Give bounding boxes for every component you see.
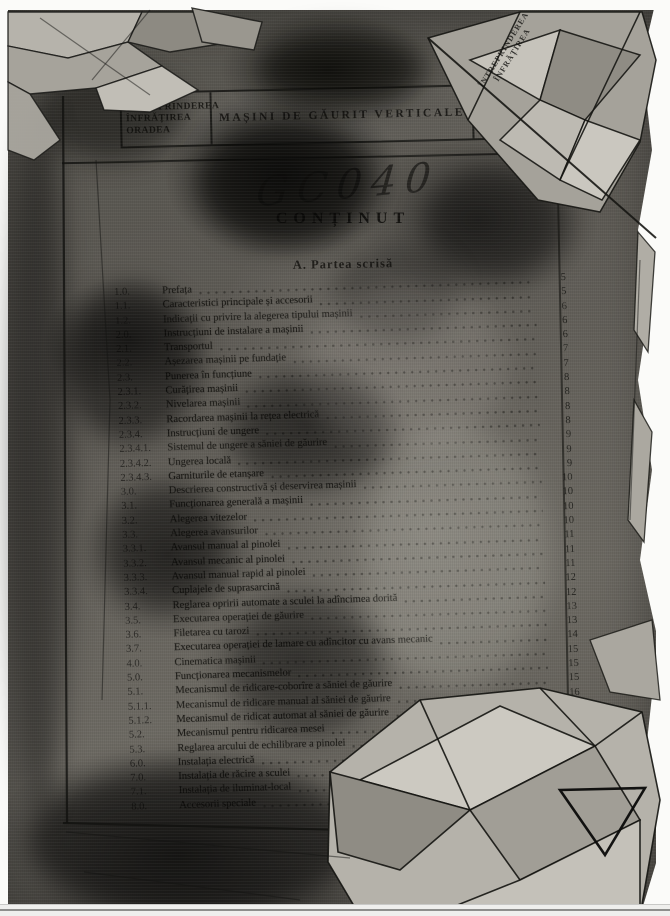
- scanner-edge-strip: [0, 904, 670, 916]
- toc-row-number: 2.3.1.: [117, 384, 165, 400]
- toc-row-number: 5.1.2.: [128, 713, 176, 729]
- toc-row-page: 8: [545, 371, 569, 386]
- toc-row-number: 2.3.4.1.: [119, 442, 167, 458]
- toc-row-number: 6.0.: [130, 756, 178, 772]
- toc-row-number: 3.3.2.: [123, 556, 171, 572]
- toc-row-page: 11: [550, 528, 574, 543]
- toc-row-number: 2.3.4.2.: [120, 456, 168, 472]
- toc-row-page: 8: [546, 385, 570, 400]
- toc-row-number: 2.3.4.3.: [120, 470, 168, 486]
- toc-row-number: 3.3.1.: [123, 542, 171, 558]
- toc-row-page: 9: [547, 428, 571, 443]
- toc-row-page: 12: [552, 571, 576, 586]
- toc-row-page: 13: [553, 614, 577, 629]
- toc-row-number: 3.3.3.: [123, 570, 171, 586]
- toc-row-title: Prefața: [162, 283, 192, 298]
- toc-row-number: 2.3.3.: [118, 413, 166, 429]
- toc-list: 1.0. Prefața 5 1.1. Caracteristici princ…: [114, 271, 583, 815]
- toc-row-number: 4.0.: [126, 656, 174, 672]
- toc-row-page: [559, 780, 583, 781]
- page-content: ÎNTREPRINDEREA ÎNFRĂȚIREA ORADEA MAȘINI …: [8, 10, 656, 906]
- toc-row-page: 13: [553, 600, 577, 615]
- toc-row-page: 10: [550, 514, 574, 529]
- section-heading: A. Partea scrisă: [208, 255, 478, 275]
- company-name-cell: ÎNTREPRINDEREA ÎNFRĂȚIREA ORADEA: [121, 92, 212, 146]
- toc-row-number: 2.0.: [115, 327, 163, 343]
- toc-row-page: 15: [555, 657, 579, 672]
- toc-row-page: 12: [552, 585, 576, 600]
- toc-row-number: 1.1.: [114, 299, 162, 315]
- toc-row-number: 3.4.: [124, 599, 172, 615]
- toc-row-page: 5: [542, 285, 566, 300]
- toc-row-page: [557, 723, 581, 724]
- toc-row-number: 2.2.: [116, 356, 164, 372]
- toc-row-page: [559, 794, 583, 795]
- toc-row-page: 15: [554, 643, 578, 658]
- toc-row-number: 8.0.: [131, 799, 179, 815]
- toc-row-number: 3.0.: [121, 484, 169, 500]
- toc-row-title: Cinematica mașinii: [174, 653, 256, 670]
- toc-row-page: 7: [545, 357, 569, 372]
- toc-row-number: 5.1.1.: [128, 699, 176, 715]
- dot-leader: [263, 795, 552, 809]
- toc-row-page: 6: [543, 314, 567, 329]
- scanned-document: ÎNTREPRINDEREA ÎNFRĂȚIREA ORADEA MAȘINI …: [0, 0, 670, 916]
- toc-row-title: Accesorii speciale: [179, 796, 256, 813]
- toc-row-title: Ungerea locală: [168, 454, 232, 470]
- toc-row-page: 7: [544, 342, 568, 357]
- toc-row-number: 3.7.: [126, 642, 174, 658]
- toc-row-number: 5.1.: [127, 685, 175, 701]
- toc-row-page: 15: [555, 671, 579, 686]
- toc-row-page: 18: [556, 700, 580, 715]
- toc-row-page: [557, 737, 581, 738]
- toc-row-title: Filetarea cu tarozi: [173, 625, 249, 642]
- toc-row-page: 5: [542, 271, 566, 286]
- toc-row-number: 3.6.: [125, 627, 173, 643]
- toc-row-number: 7.1.: [131, 785, 179, 801]
- toc-row-number: 5.2.: [129, 727, 177, 743]
- toc-row-page: 16: [556, 685, 580, 700]
- toc-row-page: 10: [549, 500, 573, 515]
- toc-row-page: 10: [548, 471, 572, 486]
- toc-row-number: 3.1.: [121, 499, 169, 515]
- toc-row-number: 7.0.: [130, 770, 178, 786]
- toc-row-page: 8: [546, 400, 570, 415]
- toc-row-page: 11: [551, 543, 575, 558]
- header-table: ÎNTREPRINDEREA ÎNFRĂȚIREA ORADEA MAȘINI …: [119, 84, 506, 149]
- toc-row-title: Alegerea avansurilor: [170, 524, 258, 541]
- toc-row-number: 3.2.: [122, 513, 170, 529]
- toc-row-page: 6: [543, 300, 567, 315]
- stain: [8, 105, 70, 815]
- page-title: CONȚINUT: [208, 210, 478, 228]
- toc-row-page: 14: [554, 628, 578, 643]
- toc-row-number: 5.3.: [129, 742, 177, 758]
- toc-row-page: 8: [547, 414, 571, 429]
- toc-row-number: 1.2.: [115, 313, 163, 329]
- toc-row-page: 6: [544, 328, 568, 343]
- company-line-3: ORADEA: [126, 124, 210, 137]
- toc-row-page: [558, 752, 582, 753]
- toc-row-page: [558, 766, 582, 767]
- toc-row-number: 2.3.2.: [118, 399, 166, 415]
- toc-row-number: 3.5.: [125, 613, 173, 629]
- toc-row-page: 9: [548, 457, 572, 472]
- toc-row-number: 1.0.: [114, 284, 162, 300]
- paper-page: ÎNTREPRINDEREA ÎNFRĂȚIREA ORADEA MAȘINI …: [8, 10, 656, 906]
- toc-row-page: 11: [551, 557, 575, 572]
- toc-row-title: Nivelarea mașinii: [166, 396, 241, 413]
- toc-row-number: 3.3.: [122, 527, 170, 543]
- scanner-edge-line: [0, 909, 670, 911]
- toc-row-number: 5.0.: [127, 670, 175, 686]
- machine-title-cell: MAȘINI DE GĂURIT VERTICALE: [211, 86, 474, 144]
- toc-row-title: Punerea în funcțiune: [165, 367, 252, 384]
- toc-row-page: 10: [549, 485, 573, 500]
- toc-row-number: 3.3.4.: [124, 584, 172, 600]
- toc-row-page: 9: [547, 442, 571, 457]
